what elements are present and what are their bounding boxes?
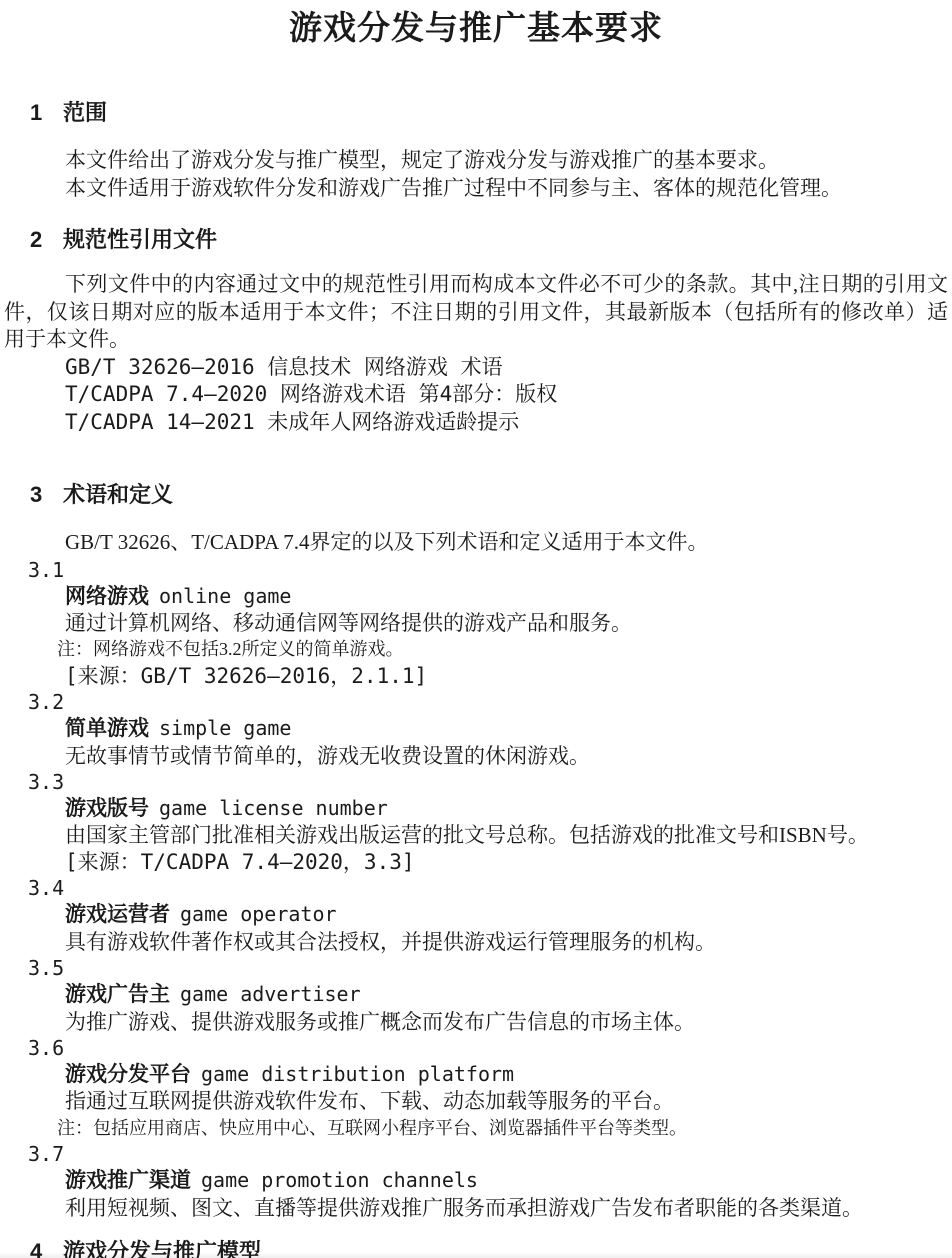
term-heading: 网络游戏online game	[65, 583, 952, 610]
normative-reference: T/CADPA 7.4—2020 网络游戏术语 第4部分：版权	[65, 381, 952, 409]
term-heading: 游戏推广渠道game promotion channels	[65, 1167, 952, 1194]
term-heading: 游戏运营者game operator	[65, 901, 952, 928]
term-name-en: game license number	[159, 796, 388, 820]
term-name-zh: 游戏推广渠道	[65, 1169, 191, 1192]
term-entry: 3.5 游戏广告主game advertiser 为推广游戏、提供游戏服务或推广…	[0, 955, 952, 1035]
term-entry: 3.4 游戏运营者game operator 具有游戏软件著作权或其合法授权，并…	[0, 875, 952, 955]
term-source: [来源：T/CADPA 7.4—2020，3.3]	[65, 849, 952, 875]
term-definition: 为推广游戏、提供游戏服务或推广概念而发布广告信息的市场主体。	[65, 1009, 952, 1035]
term-definition: 指通过互联网提供游戏软件发布、下载、动态加载等服务的平台。	[65, 1088, 952, 1114]
document-title: 游戏分发与推广基本要求	[0, 0, 952, 48]
term-number: 3.5	[28, 955, 952, 981]
term-definition: 通过计算机网络、移动通信网等网络提供的游戏产品和服务。	[65, 610, 952, 636]
term-number: 3.4	[28, 875, 952, 901]
term-name-en: game operator	[180, 902, 337, 926]
term-name-zh: 游戏运营者	[65, 903, 170, 926]
term-number: 3.7	[28, 1141, 952, 1167]
clause-1-heading: 1 范围	[30, 100, 952, 126]
term-name-zh: 网络游戏	[65, 585, 149, 608]
clause-number: 4	[30, 1239, 63, 1258]
clause-3-heading: 3 术语和定义	[30, 482, 952, 508]
term-name-zh: 简单游戏	[65, 717, 149, 740]
term-definition: 由国家主管部门批准相关游戏出版运营的批文号总称。包括游戏的批准文号和ISBN号。	[65, 822, 952, 848]
paragraph: 下列文件中的内容通过文中的规范性引用而构成本文件必不可少的条款。其中,注日期的引…	[4, 271, 948, 354]
clause-4-heading: 4 游戏分发与推广模型	[30, 1239, 952, 1258]
clause-2-heading: 2 规范性引用文件	[30, 227, 952, 253]
term-note: 注：包括应用商店、快应用中心、互联网小程序平台、浏览器插件平台等类型。	[57, 1115, 952, 1141]
clause-title: 规范性引用文件	[63, 227, 217, 253]
term-entry: 3.3 游戏版号game license number 由国家主管部门批准相关游…	[0, 769, 952, 875]
term-name-en: simple game	[159, 716, 291, 740]
clause-title: 游戏分发与推广模型	[63, 1239, 261, 1258]
term-name-zh: 游戏版号	[65, 797, 149, 820]
term-name-en: game promotion channels	[201, 1168, 478, 1192]
term-heading: 游戏版号game license number	[65, 795, 952, 822]
term-heading: 简单游戏simple game	[65, 715, 952, 742]
paragraph: 本文件给出了游戏分发与推广模型，规定了游戏分发与游戏推广的基本要求。	[4, 147, 948, 175]
document-page: 游戏分发与推广基本要求 1 范围 本文件给出了游戏分发与推广模型，规定了游戏分发…	[0, 0, 952, 1258]
clause-title: 范围	[63, 100, 107, 126]
normative-reference: GB/T 32626—2016 信息技术 网络游戏 术语	[65, 354, 952, 382]
term-name-en: online game	[159, 584, 291, 608]
paragraph: 本文件适用于游戏软件分发和游戏广告推广过程中不同参与主、客体的规范化管理。	[4, 175, 948, 203]
term-number: 3.2	[28, 689, 952, 715]
term-note: 注：网络游戏不包括3.2所定义的简单游戏。	[57, 636, 952, 662]
term-name-zh: 游戏广告主	[65, 983, 170, 1006]
term-name-zh: 游戏分发平台	[65, 1063, 191, 1086]
clause-title: 术语和定义	[63, 482, 173, 508]
clause-2-body: 下列文件中的内容通过文中的规范性引用而构成本文件必不可少的条款。其中,注日期的引…	[0, 271, 952, 436]
clause-number: 1	[30, 100, 63, 126]
terms-intro-paragraph: GB/T 32626、T/CADPA 7.4界定的以及下列术语和定义适用于本文件…	[4, 529, 948, 557]
term-heading: 游戏分发平台game distribution platform	[65, 1061, 952, 1088]
terms-and-definitions-list: 3.1 网络游戏online game 通过计算机网络、移动通信网等网络提供的游…	[0, 557, 952, 1221]
clause-number: 3	[30, 482, 63, 508]
term-number: 3.3	[28, 769, 952, 795]
clause-1-body: 本文件给出了游戏分发与推广模型，规定了游戏分发与游戏推广的基本要求。 本文件适用…	[0, 147, 952, 202]
term-name-en: game advertiser	[180, 982, 361, 1006]
term-entry: 3.2 简单游戏simple game 无故事情节或情节简单的，游戏无收费设置的…	[0, 689, 952, 769]
term-number: 3.1	[28, 557, 952, 583]
term-source: [来源：GB/T 32626—2016，2.1.1]	[65, 663, 952, 689]
term-definition: 具有游戏软件著作权或其合法授权，并提供游戏运行管理服务的机构。	[65, 929, 952, 955]
term-name-en: game distribution platform	[201, 1062, 514, 1086]
term-entry: 3.6 游戏分发平台game distribution platform 指通过…	[0, 1035, 952, 1141]
normative-reference: T/CADPA 14—2021 未成年人网络游戏适龄提示	[65, 409, 952, 437]
term-entry: 3.7 游戏推广渠道game promotion channels 利用短视频、…	[0, 1141, 952, 1221]
term-definition: 利用短视频、图文、直播等提供游戏推广服务而承担游戏广告发布者职能的各类渠道。	[65, 1195, 952, 1221]
term-entry: 3.1 网络游戏online game 通过计算机网络、移动通信网等网络提供的游…	[0, 557, 952, 689]
term-heading: 游戏广告主game advertiser	[65, 981, 952, 1008]
term-definition: 无故事情节或情节简单的，游戏无收费设置的休闲游戏。	[65, 743, 952, 769]
term-number: 3.6	[28, 1035, 952, 1061]
clause-number: 2	[30, 227, 63, 253]
